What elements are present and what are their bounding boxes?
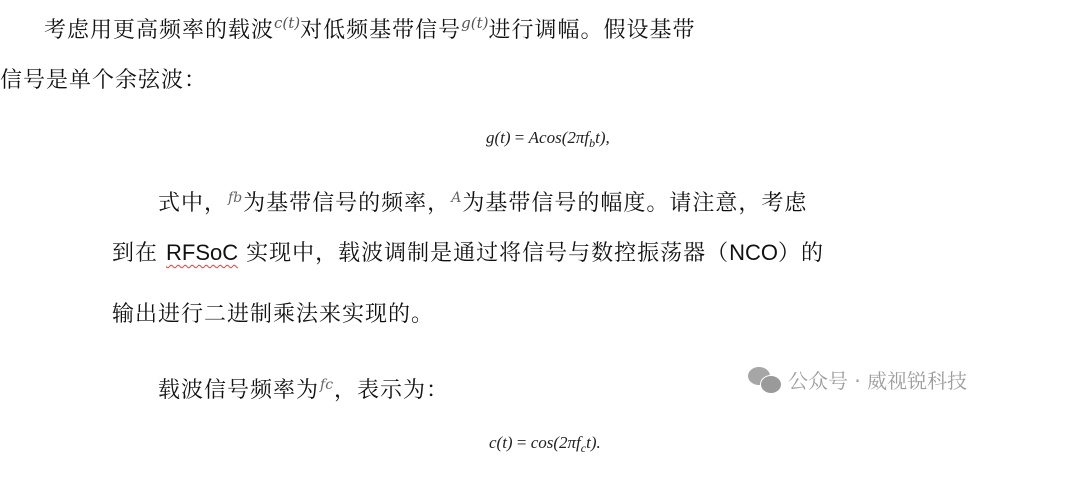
eq-amplitude: A [529, 128, 539, 147]
eq-tail: t), [595, 128, 610, 147]
text: 到在 [112, 241, 166, 266]
eq-equals: = [513, 433, 531, 452]
watermark-text: 公众号 · 威视锐科技 [788, 365, 967, 394]
text: 载波信号频率为 [158, 378, 319, 403]
paragraph-2-line-3: 输出进行二进制乘法来实现的。 [112, 300, 434, 330]
fc-symbol: fc [320, 377, 333, 393]
text: ）的 [778, 241, 824, 266]
eq-lhs: g(t) [486, 128, 511, 147]
text: 进行调幅。假设基带 [489, 18, 696, 43]
rfsoc-term[interactable]: RFSoC [166, 240, 238, 265]
nco-term: NCO [729, 240, 778, 265]
equation-carrier: c(t) = cos(2πfct). [489, 433, 601, 456]
text: ，表示为： [334, 378, 449, 403]
amplitude-symbol: A [451, 190, 461, 206]
paragraph-2-line-2: 到在 RFSoC 实现中，载波调制是通过将信号与数控振荡器（NCO）的 [112, 238, 824, 269]
watermark: 公众号 · 威视锐科技 [748, 365, 967, 394]
carrier-symbol: c(t) [274, 14, 300, 32]
text: 为基带信号的频率， [243, 191, 450, 216]
text: 式中， [158, 191, 227, 216]
text: 对低频基带信号 [300, 18, 461, 43]
eq-lhs: c(t) [489, 433, 513, 452]
paragraph-1-line-2: 信号是单个余弦波： [0, 66, 207, 96]
eq-tail: t). [586, 433, 601, 452]
eq-func: cos(2π [539, 128, 584, 147]
wechat-icon [748, 367, 782, 393]
eq-func: cos(2π [531, 433, 576, 452]
text: 考虑用更高频率的载波 [44, 18, 274, 43]
fb-symbol: fb [228, 190, 242, 206]
text: 实现中，载波调制是通过将信号与数控振荡器（ [238, 241, 729, 266]
equation-baseband: g(t) = Acos(2πfbt), [486, 128, 610, 151]
paragraph-2-line-1: 式中，fb为基带信号的频率，A为基带信号的幅度。请注意，考虑 [158, 183, 807, 219]
eq-equals: = [511, 128, 529, 147]
text: 为基带信号的幅度。请注意，考虑 [462, 191, 807, 216]
baseband-symbol: g(t) [461, 14, 488, 32]
paragraph-3-line-1: 载波信号频率为fc，表示为： [158, 370, 449, 406]
paragraph-1-line-1: 考虑用更高频率的载波c(t)对低频基带信号g(t)进行调幅。假设基带 [44, 8, 696, 46]
